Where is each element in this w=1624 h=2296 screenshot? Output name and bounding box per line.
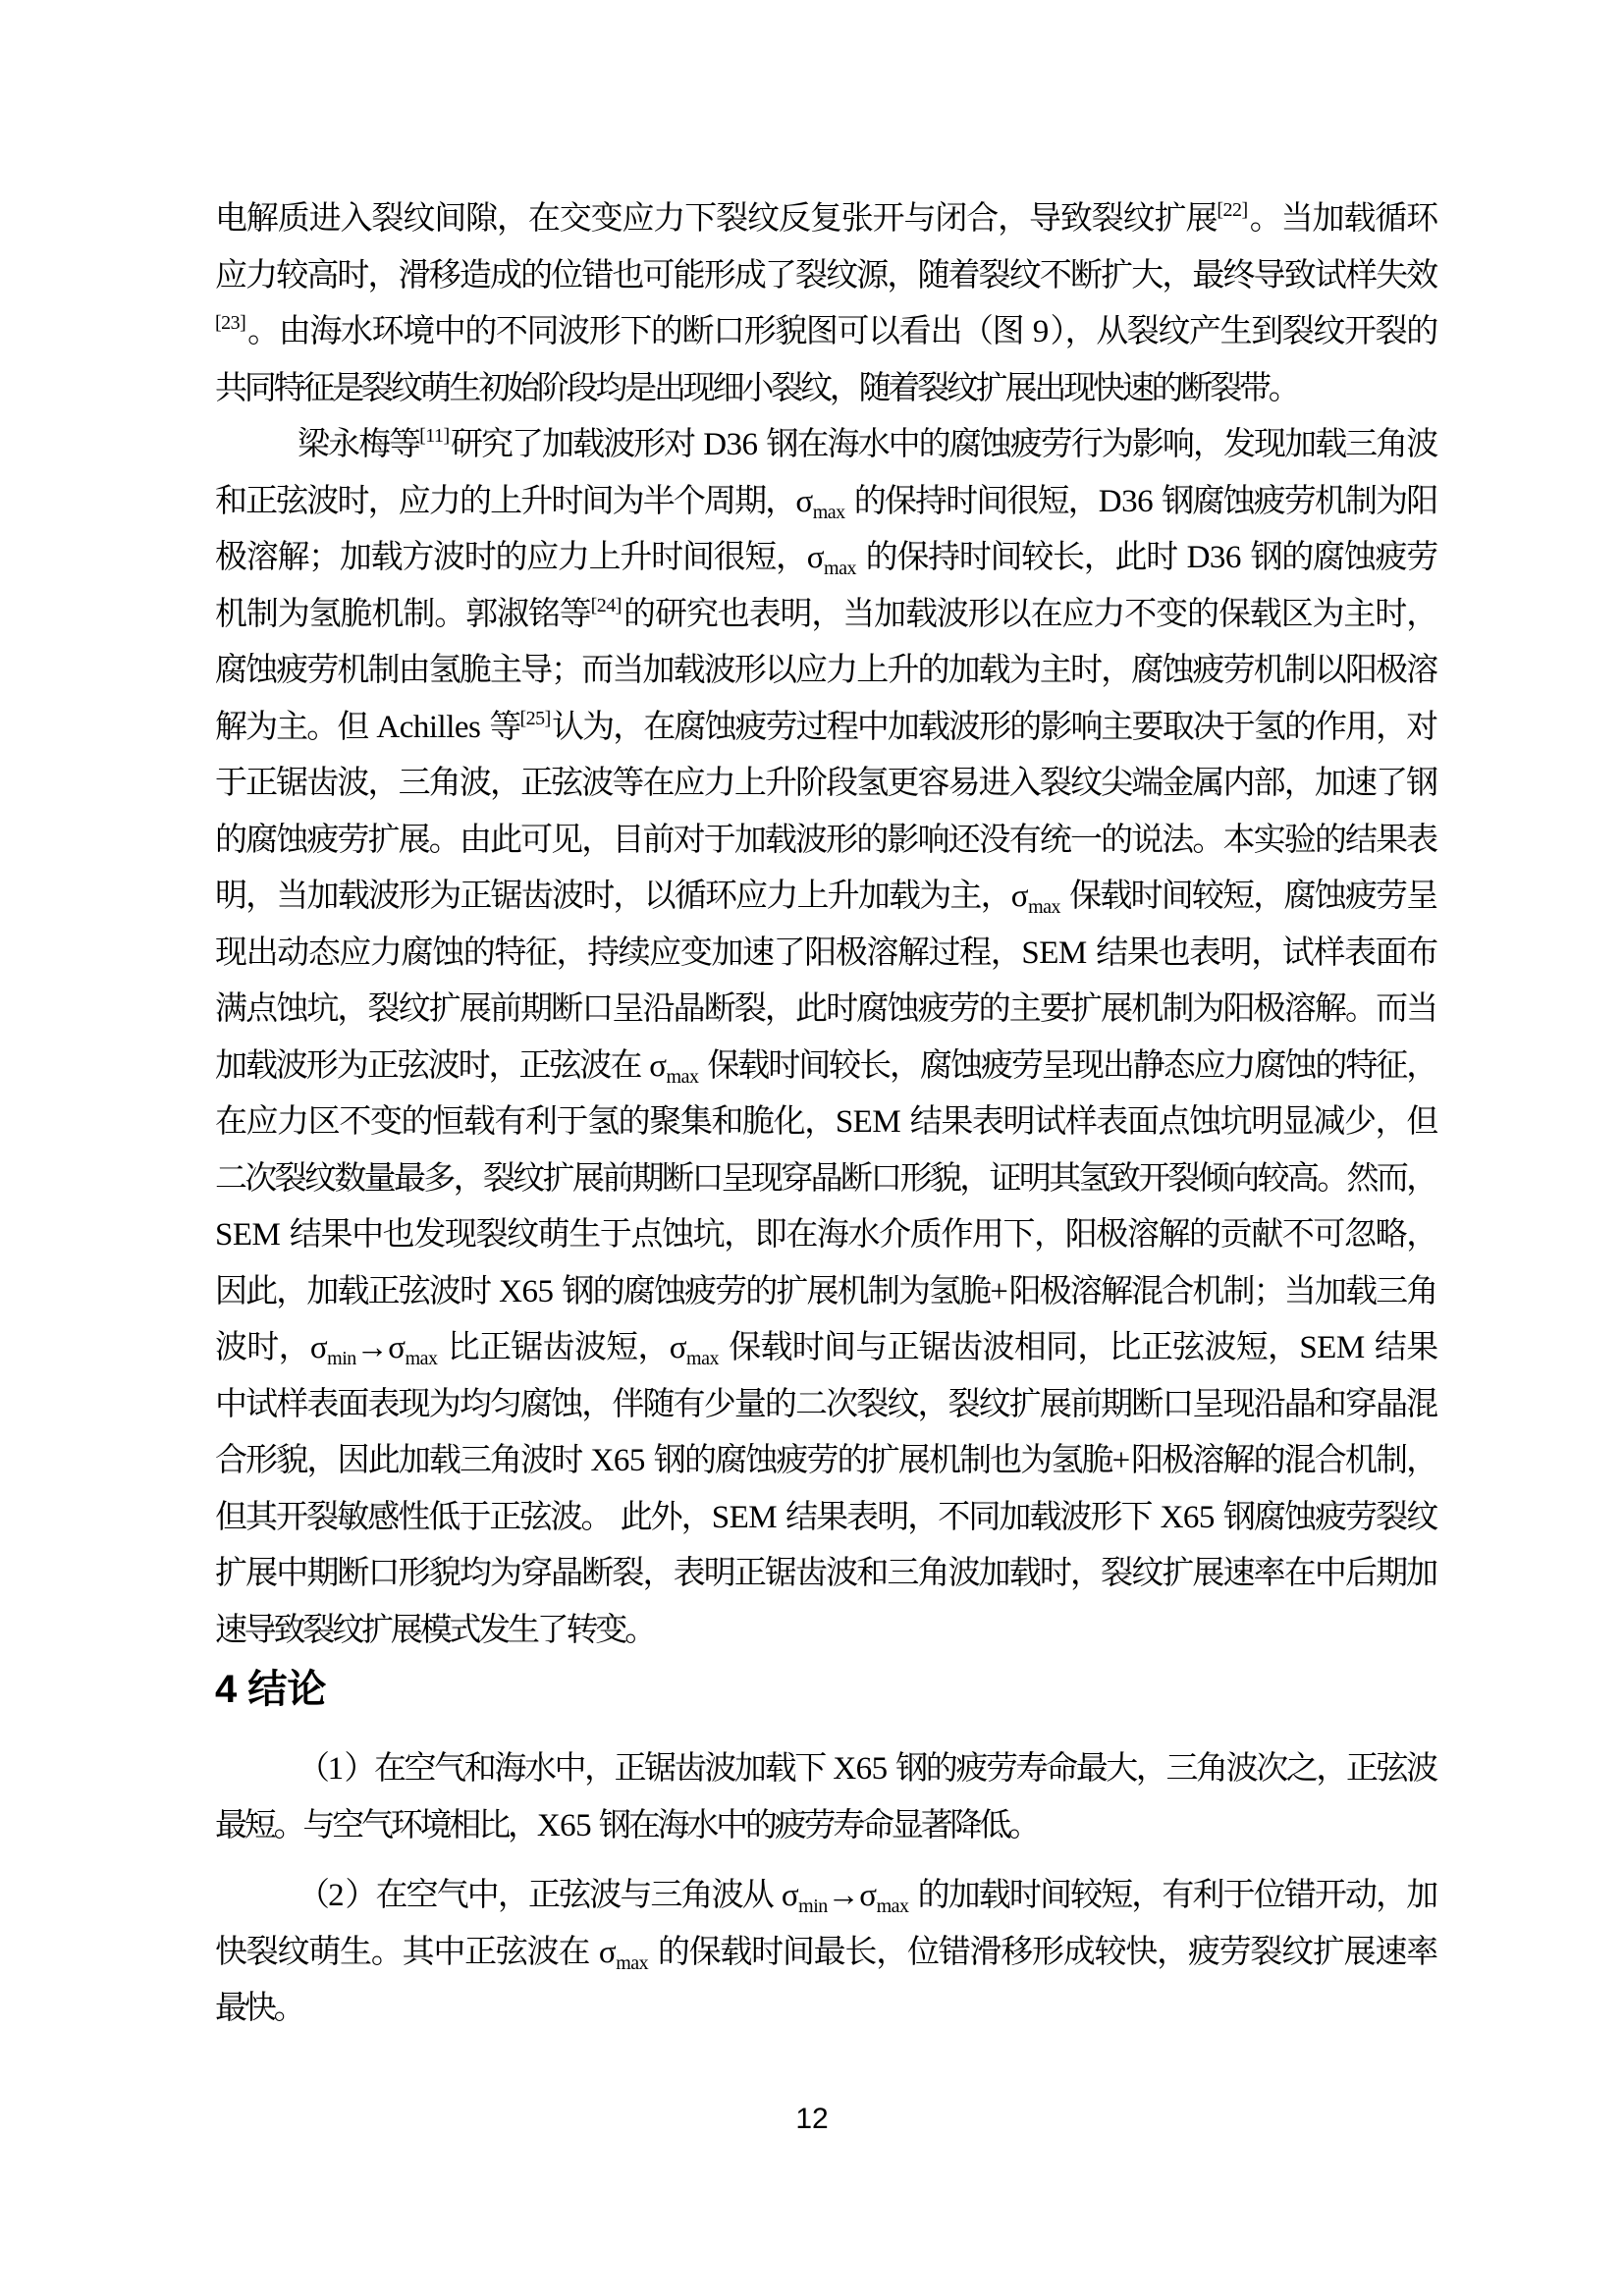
text-line: 合形貌，因此加载三角波时 X65 钢的腐蚀疲劳的扩展机制也为氢脆+阳极溶解的混合…	[215, 1433, 1435, 1490]
para-conclusion-1: （1）在空气和海水中，正锯齿波加载下 X65 钢的疲劳寿命最大，三角波次之，正弦…	[215, 1741, 1435, 1854]
text-run: 电解质进入裂纹间隙，在交变应力下裂纹反复张开与闭合，导致裂纹扩展	[215, 201, 1217, 237]
text-run: 因此，加载正弦波时	[215, 1274, 490, 1309]
text-run: 钢的疲劳寿命最大，三角波次之，正弦波	[895, 1751, 1435, 1787]
reference-superscript: [11]	[419, 425, 450, 447]
page-number: 12	[795, 2103, 828, 2135]
latin-run: 1	[328, 1751, 344, 1787]
sigma-subscript: max	[877, 1896, 909, 1917]
latin-run	[438, 1330, 448, 1365]
text-run: 结果也表明，试样表面布	[1096, 935, 1435, 971]
text-run: 阳极溶解混合机制；当加载三角	[1007, 1274, 1435, 1309]
latin-run: Achilles	[367, 710, 489, 745]
latin-run: D36	[1099, 484, 1162, 519]
text-line: 扩展中期断口形貌均为穿晶断裂，表明正锯齿波和三角波加载时，裂纹扩展速率在中后期加	[215, 1546, 1435, 1603]
latin-run	[1060, 879, 1069, 914]
latin-run	[845, 484, 854, 519]
latin-run: D36	[1177, 540, 1251, 575]
text-line: （2）在空气中，正弦波与三角波从 σmin→σmax 的加载时间较短，有利于位错…	[215, 1868, 1435, 1925]
text-run: （	[298, 1878, 328, 1913]
latin-run: σ	[640, 1048, 666, 1084]
text-run: ），从裂纹产生到裂纹开裂的	[1049, 314, 1435, 349]
latin-run: SEM	[712, 1500, 785, 1535]
text-run: 的加载时间较短，有利于位错开动，加	[918, 1878, 1435, 1913]
text-run: 此外，	[621, 1500, 712, 1535]
text-line: 和正弦波时，应力的上升时间为半个周期，σmax 的保持时间很短，D36 钢腐蚀疲…	[215, 474, 1435, 531]
text-run: 研究了加载波形对	[450, 427, 695, 462]
text-run: 认为，在腐蚀疲劳过程中加载波形的影响主要取决于氢的作用，对	[551, 710, 1435, 745]
latin-run: σ	[670, 1330, 686, 1365]
text-run: 于正锯齿波，三角波，正弦波等在应力上升阶段氢更容易进入裂纹尖端金属内部，加速了钢	[215, 766, 1435, 801]
text-run: ）在空气和海水中，正锯齿波加载下	[344, 1751, 825, 1787]
text-line: 最短。与空气环境相比，X65 钢在海水中的疲劳寿命显著降低。	[215, 1798, 1435, 1855]
latin-run: σ	[310, 1330, 327, 1365]
text-run: 。由海水环境中的不同波形下的断口形貌图可以看出（图	[245, 314, 1023, 349]
text-run: 钢在海水中的疲劳寿命显著降低。	[599, 1808, 1038, 1843]
text-line: SEM 结果中也发现裂纹萌生于点蚀坑，即在海水介质作用下，阳极溶解的贡献不可忽略…	[215, 1207, 1435, 1264]
text-line: （1）在空气和海水中，正锯齿波加载下 X65 钢的疲劳寿命最大，三角波次之，正弦…	[215, 1741, 1435, 1798]
reference-superscript: [22]	[1217, 199, 1247, 221]
text-line: 电解质进入裂纹间隙，在交变应力下裂纹反复张开与闭合，导致裂纹扩展[22]。当加载…	[215, 191, 1435, 248]
text-line: 速导致裂纹扩展模式发生了转变。	[215, 1603, 1435, 1660]
reference-superscript: [25]	[519, 708, 550, 729]
text-run: （	[298, 1751, 328, 1787]
text-line: 的腐蚀疲劳扩展。由此可见，目前对于加载波形的影响还没有统一的说法。本实验的结果表	[215, 813, 1435, 870]
latin-run: σ	[795, 484, 812, 519]
latin-run	[612, 1500, 621, 1535]
text-run: ）在空气中，正弦波与三角波从	[344, 1878, 773, 1913]
text-run: 机制为氢脆机制。郭淑铭等	[215, 597, 591, 632]
text-line: 波时，σmin→σmax 比正锯齿波短，σmax 保载时间与正锯齿波相同，比正弦…	[215, 1320, 1435, 1377]
text-run: 腐蚀疲劳机制由氢脆主导；而当加载波形以应力上升的加载为主时，腐蚀疲劳机制以阳极溶	[215, 653, 1435, 688]
text-line: [23]。由海水环境中的不同波形下的断口形貌图可以看出（图 9），从裂纹产生到裂…	[215, 304, 1435, 361]
latin-run: +	[1112, 1443, 1130, 1478]
sigma-subscript: max	[667, 1066, 699, 1088]
reference-superscript: [24]	[591, 595, 622, 616]
text-run: 的腐蚀疲劳扩展。由此可见，目前对于加载波形的影响还没有统一的说法。本实验的结果表	[215, 823, 1435, 858]
latin-run: σ	[773, 1878, 798, 1913]
page-content: 电解质进入裂纹间隙，在交变应力下裂纹反复张开与闭合，导致裂纹扩展[22]。当加载…	[215, 191, 1435, 2038]
text-run: 速导致裂纹扩展模式发生了转变。	[215, 1613, 654, 1648]
text-line: 解为主。但 Achilles 等[25]认为，在腐蚀疲劳过程中加载波形的影响主要…	[215, 700, 1435, 757]
text-run: 的保持时间较长，此时	[866, 540, 1177, 575]
para-conclusion-2: （2）在空气中，正弦波与三角波从 σmin→σmax 的加载时间较短，有利于位错…	[215, 1868, 1435, 2038]
latin-run: SEM	[836, 1104, 910, 1140]
text-run: 最短。与空气环境相比，	[215, 1808, 537, 1843]
text-run: 共同特征是裂纹萌生初始阶段均是出现细小裂纹，随着裂纹扩展出现快速的断裂带。	[215, 371, 1298, 406]
text-run: 解为主。但	[215, 710, 367, 745]
text-run: 结果中也发现裂纹萌生于点蚀坑，即在海水介质作用下，阳极溶解的贡献不可忽略，	[290, 1217, 1435, 1253]
text-run: 但其开裂敏感性低于正弦波。	[215, 1500, 612, 1535]
latin-run: D36	[694, 427, 766, 462]
latin-run	[856, 540, 866, 575]
sigma-subscript: max	[616, 1952, 648, 1974]
text-run: 在应力区不变的恒载有利于氢的聚集和脆化，	[215, 1104, 836, 1140]
text-line: 共同特征是裂纹萌生初始阶段均是出现细小裂纹，随着裂纹扩展出现快速的断裂带。	[215, 361, 1435, 418]
text-line: 现出动态应力腐蚀的特征，持续应变加速了阳极溶解过程，SEM 结果也表明，试样表面…	[215, 926, 1435, 983]
latin-run: X65	[581, 1443, 653, 1478]
latin-run: +	[990, 1274, 1007, 1309]
body-text: 电解质进入裂纹间隙，在交变应力下裂纹反复张开与闭合，导致裂纹扩展[22]。当加载…	[215, 191, 1435, 2038]
para-waveform-discussion: 梁永梅等[11]研究了加载波形对 D36 钢在海水中的腐蚀疲劳行为影响，发现加载…	[215, 417, 1435, 1659]
text-run: 比正锯齿波短，	[448, 1330, 670, 1365]
document-page: 电解质进入裂纹间隙，在交变应力下裂纹反复张开与闭合，导致裂纹扩展[22]。当加载…	[0, 0, 1624, 2296]
text-run: 梁永梅等	[298, 427, 419, 462]
text-run: 钢的腐蚀疲劳的扩展机制也为氢脆	[654, 1443, 1112, 1478]
latin-run: X65	[825, 1751, 895, 1787]
text-run: 的研究也表明，当加载波形以在应力不变的保载区为主时，	[622, 597, 1435, 632]
latin-run: σ	[1011, 879, 1028, 914]
text-line: 中试样表面表现为均匀腐蚀，伴随有少量的二次裂纹，裂纹扩展前期断口呈现沿晶和穿晶混	[215, 1377, 1435, 1434]
text-run: 和正弦波时，应力的上升时间为半个周期，	[215, 484, 795, 519]
text-line: 快裂纹萌生。其中正弦波在 σmax 的保载时间最长，位错滑移形成较快，疲劳裂纹扩…	[215, 1925, 1435, 1982]
sigma-subscript: max	[824, 558, 856, 579]
text-run: 结果表明，不同加载波形下	[785, 1500, 1152, 1535]
text-run: 扩展中期断口形貌均为穿晶断裂，表明正锯齿波和三角波加载时，裂纹扩展速率在中后期加	[215, 1556, 1435, 1591]
latin-run: SEM	[1299, 1330, 1375, 1365]
text-line: 明，当加载波形为正锯齿波时，以循环应力上升加载为主，σmax 保载时间较短，腐蚀…	[215, 869, 1435, 926]
latin-run: →σ	[356, 1330, 406, 1365]
reference-superscript: [23]	[215, 312, 245, 334]
latin-run: 2	[328, 1878, 344, 1913]
text-run: 钢的腐蚀疲劳	[1251, 540, 1435, 575]
latin-run: X65	[537, 1808, 599, 1843]
text-line: 极溶解；加载方波时的应力上升时间很短，σmax 的保持时间较长，此时 D36 钢…	[215, 530, 1435, 587]
text-line: 于正锯齿波，三角波，正弦波等在应力上升阶段氢更容易进入裂纹尖端金属内部，加速了钢	[215, 756, 1435, 813]
latin-run: SEM	[1021, 935, 1096, 971]
text-line: 最快。	[215, 1981, 1435, 2038]
text-line: 腐蚀疲劳机制由氢脆主导；而当加载波形以应力上升的加载为主时，腐蚀疲劳机制以阳极溶	[215, 643, 1435, 700]
text-line: 因此，加载正弦波时 X65 钢的腐蚀疲劳的扩展机制为氢脆+阳极溶解混合机制；当加…	[215, 1264, 1435, 1321]
latin-run	[648, 1935, 658, 1970]
heading-conclusion: 4 结论	[215, 1659, 1435, 1720]
page-footer: 12	[0, 2103, 1624, 2136]
sigma-subscript: max	[813, 502, 845, 523]
latin-run: σ	[589, 1935, 616, 1970]
latin-run: SEM	[215, 1217, 290, 1253]
text-run: 钢的腐蚀疲劳的扩展机制为氢脆	[563, 1274, 991, 1309]
text-run: 保载时间较短，腐蚀疲劳呈	[1069, 879, 1435, 914]
text-line: 机制为氢脆机制。郭淑铭等[24]的研究也表明，当加载波形以在应力不变的保载区为主…	[215, 587, 1435, 644]
text-run: 中试样表面表现为均匀腐蚀，伴随有少量的二次裂纹，裂纹扩展前期断口呈现沿晶和穿晶混	[215, 1387, 1435, 1422]
text-run: 波时，	[215, 1330, 310, 1365]
sigma-subscript: max	[686, 1348, 719, 1369]
text-line: 在应力区不变的恒载有利于氢的聚集和脆化，SEM 结果表明试样表面点蚀坑明显减少，…	[215, 1095, 1435, 1151]
text-run: 二次裂纹数量最多，裂纹扩展前期断口呈现穿晶断口形貌，证明其氢致开裂倾向较高。然而…	[215, 1161, 1435, 1197]
text-run: 最快。	[215, 1991, 302, 2026]
text-run: 保载时间与正锯齿波相同，比正弦波短，	[729, 1330, 1299, 1365]
text-run: 快裂纹萌生。其中正弦波在	[215, 1935, 589, 1970]
text-line: 加载波形为正弦波时，正弦波在 σmax 保载时间较长，腐蚀疲劳呈现出静态应力腐蚀…	[215, 1039, 1435, 1095]
text-run: 阳极溶解的混合机制，	[1130, 1443, 1435, 1478]
text-line: 二次裂纹数量最多，裂纹扩展前期断口呈现穿晶断口形貌，证明其氢致开裂倾向较高。然而…	[215, 1151, 1435, 1208]
text-line: 满点蚀坑，裂纹扩展前期断口呈沿晶断裂，此时腐蚀疲劳的主要扩展机制为阳极溶解。而当	[215, 982, 1435, 1039]
latin-run	[719, 1330, 729, 1365]
text-run: 加载波形为正弦波时，正弦波在	[215, 1048, 640, 1084]
latin-run	[909, 1878, 918, 1913]
text-run: 现出动态应力腐蚀的特征，持续应变加速了阳极溶解过程，	[215, 935, 1021, 971]
text-run: 结果	[1375, 1330, 1435, 1365]
text-run: 结果表明试样表面点蚀坑明显减少，但	[910, 1104, 1435, 1140]
latin-run: X65	[1152, 1500, 1223, 1535]
text-run: 应力较高时，滑移造成的位错也可能形成了裂纹源，随着裂纹不断扩大，最终导致试样失效	[215, 258, 1435, 294]
text-line: 但其开裂敏感性低于正弦波。 此外，SEM 结果表明，不同加载波形下 X65 钢腐…	[215, 1490, 1435, 1547]
sigma-subscript: min	[327, 1348, 356, 1369]
text-run: 明，当加载波形为正锯齿波时，以循环应力上升加载为主，	[215, 879, 1011, 914]
latin-run: σ	[807, 540, 824, 575]
text-run: 极溶解；加载方波时的应力上升时间很短，	[215, 540, 807, 575]
text-run: 的保载时间最长，位错滑移形成较快，疲劳裂纹扩展速率	[658, 1935, 1435, 1970]
text-line: 梁永梅等[11]研究了加载波形对 D36 钢在海水中的腐蚀疲劳行为影响，发现加载…	[215, 417, 1435, 474]
text-run: 保载时间较长，腐蚀疲劳呈现出静态应力腐蚀的特征，	[707, 1048, 1435, 1084]
sigma-subscript: max	[1028, 896, 1060, 918]
sigma-subscript: max	[406, 1348, 438, 1369]
para-crack-initiation: 电解质进入裂纹间隙，在交变应力下裂纹反复张开与闭合，导致裂纹扩展[22]。当加载…	[215, 191, 1435, 417]
latin-run: →σ	[828, 1878, 877, 1913]
text-run: 钢腐蚀疲劳机制为阳	[1162, 484, 1435, 519]
text-run: 钢在海水中的腐蚀疲劳行为影响，发现加载三角波	[767, 427, 1435, 462]
latin-run: 9	[1023, 314, 1049, 349]
text-run: 钢腐蚀疲劳裂纹	[1223, 1500, 1435, 1535]
text-run: 。当加载循环	[1248, 201, 1435, 237]
latin-run: X65	[490, 1274, 562, 1309]
text-run: 的保持时间很短，	[854, 484, 1099, 519]
text-run: 合形貌，因此加载三角波时	[215, 1443, 581, 1478]
text-run: 满点蚀坑，裂纹扩展前期断口呈沿晶断裂，此时腐蚀疲劳的主要扩展机制为阳极溶解。而当	[215, 991, 1435, 1027]
sigma-subscript: min	[798, 1896, 828, 1917]
text-line: 应力较高时，滑移造成的位错也可能形成了裂纹源，随着裂纹不断扩大，最终导致试样失效	[215, 248, 1435, 305]
text-run: 等	[489, 710, 519, 745]
